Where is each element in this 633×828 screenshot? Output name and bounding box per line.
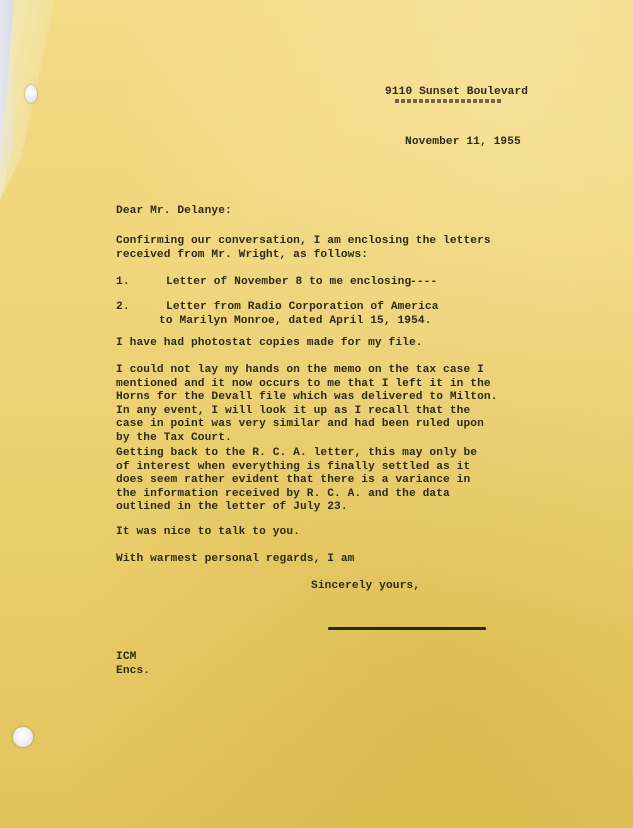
- signature-line: [328, 627, 486, 630]
- sender-address: 9110 Sunset Boulevard: [385, 86, 528, 100]
- list-item-dash: ----: [410, 276, 437, 290]
- punch-hole-top: [25, 85, 37, 103]
- list-item-text-continued: to Marilyn Monroe, dated April 15, 1954.: [159, 315, 432, 329]
- valediction: Sincerely yours,: [311, 580, 420, 594]
- address-underline: [395, 99, 502, 103]
- enclosures-note: Encs.: [116, 665, 150, 679]
- paragraph-nice-talk: It was nice to talk to you.: [116, 526, 300, 540]
- salutation: Dear Mr. Delanye:: [116, 205, 232, 219]
- list-item-number: 2.: [116, 301, 130, 315]
- paragraph-intro: Confirming our conversation, I am enclos…: [116, 235, 491, 262]
- paragraph-photostat: I have had photostat copies made for my …: [116, 337, 423, 351]
- list-item-text: Letter of November 8 to me enclosing: [166, 276, 411, 290]
- letter-date: November 11, 1955: [405, 136, 521, 150]
- list-item-number: 1.: [116, 276, 130, 290]
- paragraph-tax-case: I could not lay my hands on the memo on …: [116, 364, 498, 446]
- typist-initials: ICM: [116, 651, 136, 665]
- paragraph-rca-letter: Getting back to the R. C. A. letter, thi…: [116, 447, 477, 515]
- list-item-text: Letter from Radio Corporation of America: [166, 301, 439, 315]
- paragraph-regards: With warmest personal regards, I am: [116, 553, 354, 567]
- punch-hole-bottom: [13, 727, 33, 747]
